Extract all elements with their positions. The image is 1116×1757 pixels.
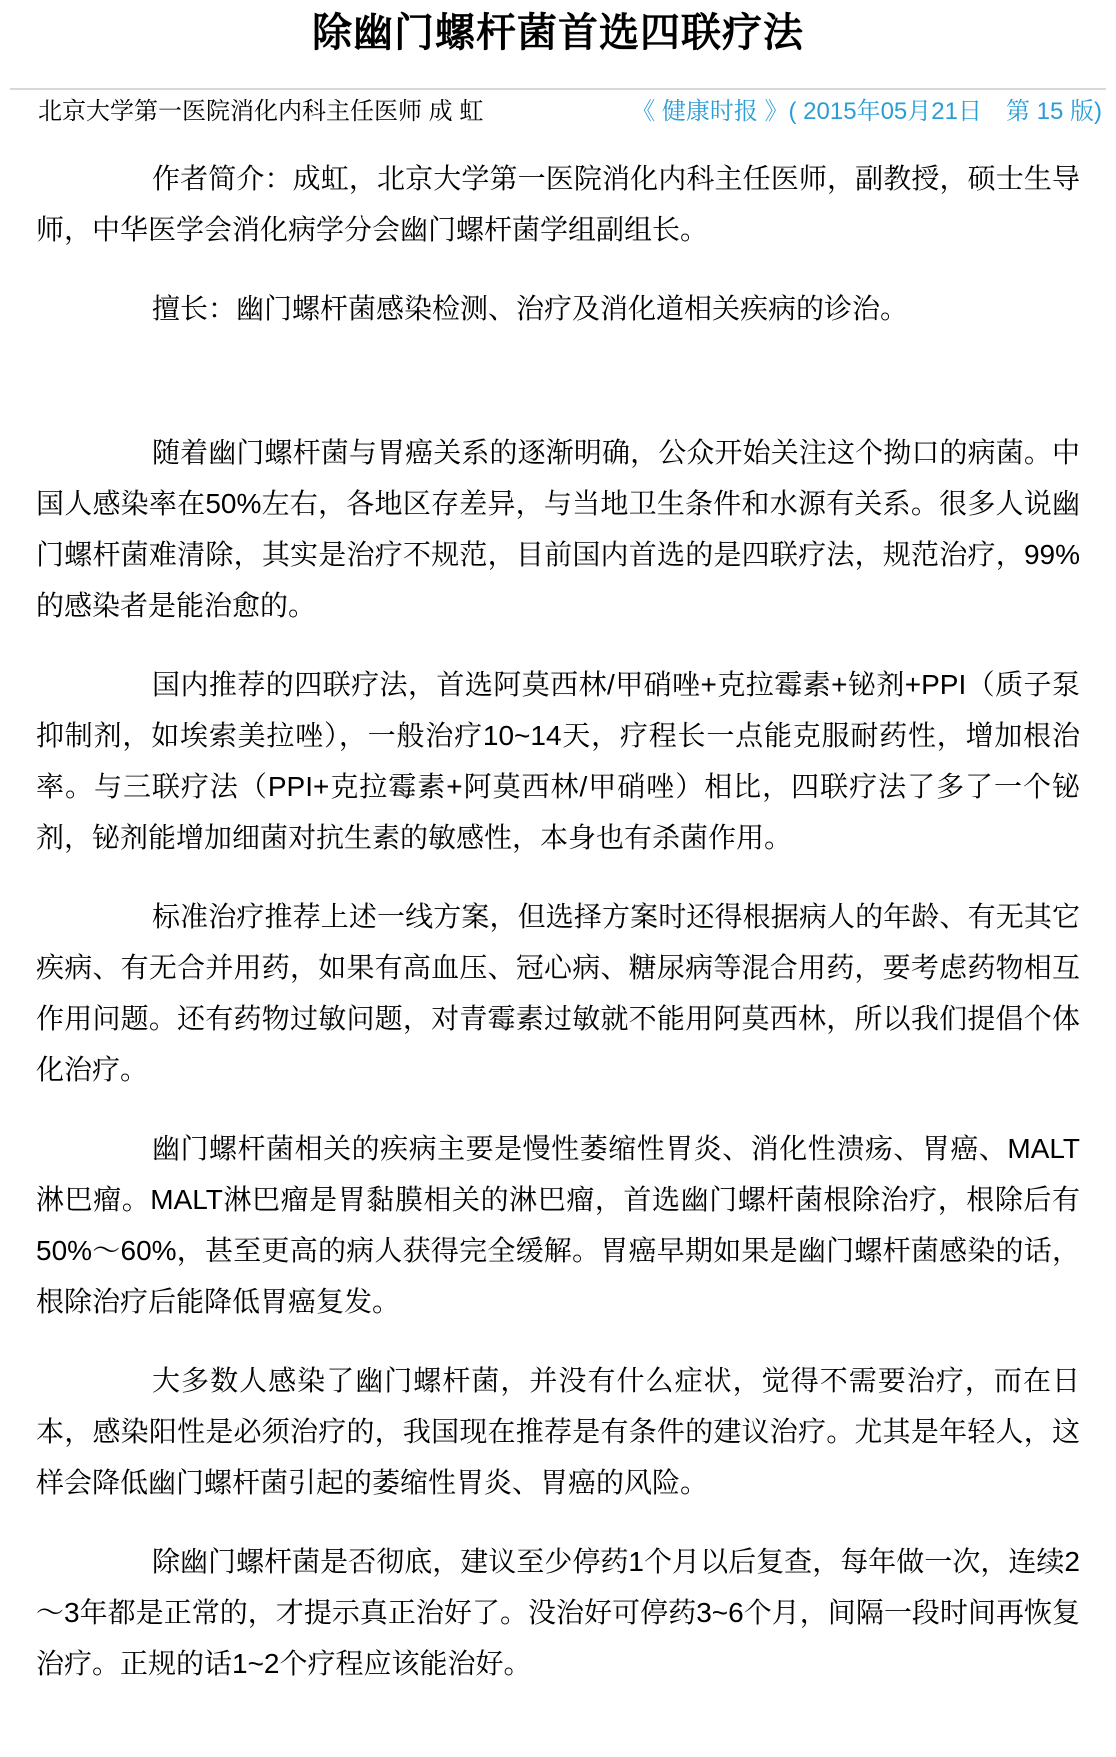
- author-line: 北京大学第一医院消化内科主任医师 成 虹: [38, 97, 483, 127]
- paragraph-quadruple-therapy: 国内推荐的四联疗法，首选阿莫西林/甲硝唑+克拉霉素+铋剂+PPI（质子泵抑制剂，…: [36, 659, 1080, 863]
- article-body: 作者简介：成虹，北京大学第一医院消化内科主任医师，副教授，硕士生导师，中华医学会…: [0, 127, 1116, 1757]
- paragraph-treatment-recommendation: 大多数人感染了幽门螺杆菌，并没有什么症状，觉得不需要治疗，而在日本，感染阳性是必…: [36, 1355, 1080, 1508]
- paragraph-author-intro: 作者简介：成虹，北京大学第一医院消化内科主任医师，副教授，硕士生导师，中华医学会…: [36, 153, 1080, 255]
- paragraph-individualized-treatment: 标准治疗推荐上述一线方案，但选择方案时还得根据病人的年龄、有无其它疾病、有无合并…: [36, 891, 1080, 1095]
- source-publication-link[interactable]: 《 健康时报 》( 2015年05月21日 第 15 版): [631, 97, 1102, 127]
- article-title: 除幽门螺杆菌首选四联疗法: [0, 0, 1116, 60]
- paragraph-followup-review: 除幽门螺杆菌是否彻底，建议至少停药1个月以后复查，每年做一次，连续2～3年都是正…: [36, 1536, 1080, 1689]
- article-page: 除幽门螺杆菌首选四联疗法 北京大学第一医院消化内科主任医师 成 虹 《 健康时报…: [0, 0, 1116, 1757]
- paragraph-related-diseases: 幽门螺杆菌相关的疾病主要是慢性萎缩性胃炎、消化性溃疡、胃癌、MALT淋巴瘤。MA…: [36, 1123, 1080, 1327]
- byline: 北京大学第一医院消化内科主任医师 成 虹 《 健康时报 》( 2015年05月2…: [0, 90, 1116, 127]
- paragraph-specialty: 擅长：幽门螺杆菌感染检测、治疗及消化道相关疾病的诊治。: [36, 283, 1080, 334]
- paragraph-infection-rate: 随着幽门螺杆菌与胃癌关系的逐渐明确，公众开始关注这个拗口的病菌。中国人感染率在5…: [36, 427, 1080, 631]
